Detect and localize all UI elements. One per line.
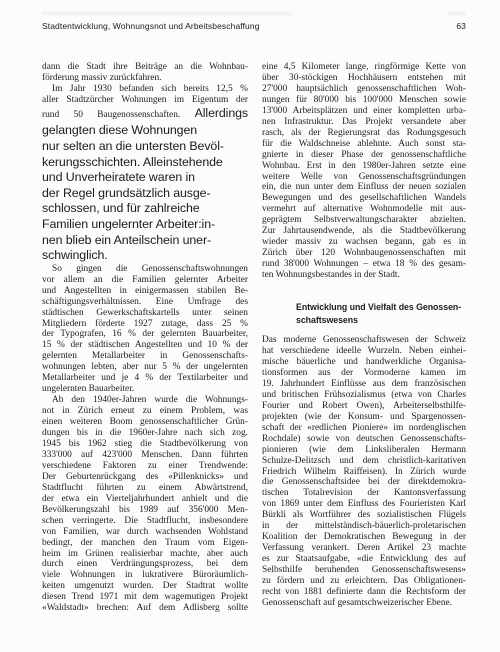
text-line: Metallarbeiter und je 4 % der Textilarbe…	[42, 373, 248, 384]
text-line: ungelernten Bauarbeiter.	[42, 384, 248, 395]
text-line: Schulze-Delitzsch und dem christlich-kar…	[262, 456, 466, 467]
text-line: heim im Grünen realisierbar machte, aber…	[42, 549, 248, 560]
text-line: 1945 bis 1962 stieg die Stadtbevölkerung…	[42, 439, 248, 450]
running-header-title: Stadtentwicklung, Wohnungsnot und Arbeit…	[42, 21, 260, 31]
text-line: tionsformen aus der Vormoderne kamen im	[262, 368, 466, 379]
book-page: Stadtentwicklung, Wohnungsnot und Arbeit…	[0, 0, 500, 652]
text-line: Wohnbau. Erst in den 1980er-Jahren setzt…	[262, 161, 466, 172]
text-line: schaft der «redlichen Pioniere» im norde…	[262, 423, 466, 434]
paragraph-block: Das moderne Genossenschaftswesen der Sch…	[262, 335, 466, 609]
text-line: Bevölkerungszahl bis 1989 auf 356'000 Me…	[42, 505, 248, 516]
text-line: wohnungen lebten, aber nur 5 % der ungel…	[42, 362, 248, 373]
text-line: gnierte in dieser Phase der genossenscha…	[262, 150, 466, 161]
text-line: nen Infrastruktur. Das Projekt versandet…	[262, 117, 466, 128]
text-line: not in Zürich erneut zu einem Problem, w…	[42, 406, 248, 417]
text-line: Zur Jahrtausendwende, als die Stadtbevöl…	[262, 226, 466, 237]
left-column: dann die Stadt ihre Beiträge an die Wohn…	[42, 62, 248, 614]
text-line: die Genossenschaftsidee bei der direktde…	[262, 477, 466, 488]
text-line: von 1869 unter dem Einfluss des Fourieri…	[262, 499, 466, 510]
text-line: recht von 1881 definierte dann die Recht…	[262, 587, 466, 598]
paragraph-block: So gingen die Genossenschaftswohnungenvo…	[42, 264, 248, 615]
text-line: Rochdale) sowie von deutschen Genossensc…	[262, 434, 466, 445]
text-line: Friedrich Wilhelm Raiffeisen). In Zürich…	[262, 467, 466, 478]
text-line: schäftigungsverhältnissen. Eine Umfrage …	[42, 297, 248, 308]
text-line: projekten (wie der Konsum- und Spargenos…	[262, 412, 466, 423]
text-span-quote: Allerdings	[195, 106, 248, 120]
text-line: geprägtem Selbstverwaltungscharakter abz…	[262, 215, 466, 226]
print-bleed-through	[448, 12, 466, 15]
text-line: dann die Stadt ihre Beiträge an die Wohn…	[42, 62, 248, 73]
text-line: nen blieb ein Anteilschein uner-	[42, 233, 248, 249]
text-line: schen verringerte. Die Stadtflucht, insb…	[42, 516, 248, 527]
text-line: nungen für 80'000 bis 100'000 Menschen s…	[262, 95, 466, 106]
text-line: Das moderne Genossenschaftswesen der Sch…	[262, 335, 466, 346]
text-line: keiten umgenutzt wurden. Der Stadtrat wo…	[42, 581, 248, 592]
text-line: Der Geburtenrückgang des «Pillenknicks» …	[42, 472, 248, 483]
right-column: eine 4,5 Kilometer lange, ringförmige Ke…	[262, 62, 466, 614]
text-line: ein, die nun unter dem Einfluss der neue…	[262, 182, 466, 193]
text-span-serif: rund 50 Baugenossenschaften.	[42, 110, 180, 120]
running-header: Stadtentwicklung, Wohnungsnot und Arbeit…	[42, 21, 466, 31]
text-line: der etwa ein Vierteljahrhundert anhielt …	[42, 494, 248, 505]
text-line: verschiedene Faktoren zu einer Trendwend…	[42, 461, 248, 472]
text-line: der Typografen, 16 % der gelernten Bauar…	[42, 329, 248, 340]
text-line: und Unverheiratete waren in	[42, 170, 248, 186]
text-line: nur selten an die untersten Bevöl-	[42, 139, 248, 155]
text-line: für die Waldschneise ablehnte. Auch sons…	[262, 139, 466, 150]
text-line: in der mittelständisch-bäuerlich-proleta…	[262, 521, 466, 532]
text-line: Fourier und Robert Owen), Arbeiterselbst…	[262, 401, 466, 412]
text-line: kerungsschichten. Alleinstehende	[42, 155, 248, 171]
text-line: aller Stadtzürcher Wohnungen im Eigentum…	[42, 95, 248, 106]
text-line: und Angestellten in einigermassen stabil…	[42, 286, 248, 297]
text-line: der Regel grundsätzlich ausge-	[42, 186, 248, 202]
text-line: schwinglich.	[42, 248, 248, 264]
text-line: Familien ungelernter Arbeiter:in-	[42, 217, 248, 233]
text-line: vermehrt auf alternative Wohnmodelle mit…	[262, 204, 466, 215]
text-line: ten Wohnungsbestandes in der Stadt.	[262, 270, 466, 281]
text-line: mische bäuerliche und handwerkliche Orga…	[262, 357, 466, 368]
text-line: So gingen die Genossenschaftswohnungen	[42, 264, 248, 275]
text-line: gelangten diese Wohnungen	[42, 123, 248, 139]
paragraph-block: eine 4,5 Kilometer lange, ringförmige Ke…	[262, 62, 466, 281]
text-line: dungen bis in die 1960er-Jahre nach sich…	[42, 428, 248, 439]
text-line: schlossen, und für zahlreiche	[42, 201, 248, 217]
text-line: rasch, als der Regierungsrat das Rodungs…	[262, 128, 466, 139]
text-line: bedingt, der manchen den Traum vom Eigen…	[42, 538, 248, 549]
page-number: 63	[456, 21, 466, 31]
text-line: gelernten Metallarbeiter in Genossenscha…	[42, 351, 248, 362]
text-line: Im Jahr 1930 befanden sich bereits 12,5 …	[42, 84, 248, 95]
pull-quote: gelangten diese Wohnungennur selten an d…	[42, 123, 248, 263]
text-line: 15 % der städtischen Angestellten und 10…	[42, 340, 248, 351]
text-line: und britischen Frühsozialismus (etwa von…	[262, 390, 466, 401]
print-bleed-through	[42, 12, 292, 15]
text-line: Mitgliedern förderte 1927 zutage, dass 2…	[42, 319, 248, 330]
text-line: Zürich über 120 Wohnbaugenossenschaften …	[262, 248, 466, 259]
text-line: Entwicklung und Vielfalt des Genossen-	[296, 301, 466, 314]
text-line: Genossenschaft auf gesamtschweizerischer…	[262, 598, 466, 609]
text-line: «Waldstadt» brechen: Auf dem Adlisberg s…	[42, 603, 248, 614]
text-line: 13'000 Arbeitsplätzen und einer komplett…	[262, 106, 466, 117]
section-heading: Entwicklung und Vielfalt des Genossen-sc…	[262, 301, 466, 326]
text-line: 19. Jahrhundert Einflüsse aus dem franzö…	[262, 379, 466, 390]
text-line: wieder massiv zu wachsen begann, gab es …	[262, 237, 466, 248]
text-line: Verfassung verankert. Deren Artikel 23 m…	[262, 543, 466, 554]
text-line: tischen Totalrevision der Kantonsverfass…	[262, 488, 466, 499]
text-line: einen weiteren Boom genossenschaftlicher…	[42, 417, 248, 428]
text-line: zu fördern und zu erleichtern. Das Oblig…	[262, 576, 466, 587]
text-line: städtischen Gewerkschaftskartells unter …	[42, 308, 248, 319]
text-line: hat verschiedene ideelle Wurzeln. Neben …	[262, 346, 466, 357]
text-line: förderung massiv zurückfahren.	[42, 73, 248, 84]
text-line: Selbsthilfe beruhenden Genossenschaftswe…	[262, 565, 466, 576]
text-line: Koalition der Demokratischen Bewegung in…	[262, 532, 466, 543]
text-line: Bürkli als Wortführer des sozialistische…	[262, 510, 466, 521]
text-line: Ab den 1940er-Jahren wurde die Wohnungs-	[42, 395, 248, 406]
text-columns: dann die Stadt ihre Beiträge an die Wohn…	[42, 62, 466, 614]
text-line: schaftswesens	[296, 314, 466, 327]
text-line: pionieren (wie dem Linksliberalen Herman…	[262, 445, 466, 456]
text-line: vor allem an die Familien gelernter Arbe…	[42, 275, 248, 286]
mixed-text-line: rund 50 Baugenossenschaften. Allerdings	[42, 106, 248, 124]
text-line: diesen Trend 1971 mit dem wagemutigen Pr…	[42, 592, 248, 603]
text-line: Bewegungen und des gesellschaftlichen Wa…	[262, 193, 466, 204]
text-line: 333'000 auf 423'000 Menschen. Dann führt…	[42, 450, 248, 461]
paragraph-block: dann die Stadt ihre Beiträge an die Wohn…	[42, 62, 248, 123]
text-line: Stadtflucht führten zu einem Abwärtstren…	[42, 483, 248, 494]
text-line: rund 38'000 Wohnungen – etwa 18 % des ge…	[262, 259, 466, 270]
text-line: über 30-stöckigen Hochhäusern entstehen …	[262, 73, 466, 84]
text-line: eine 4,5 Kilometer lange, ringförmige Ke…	[262, 62, 466, 73]
text-line: von Familien, war durch wachsenden Wohls…	[42, 527, 248, 538]
text-line: viele Wohnungen in lukrativere Büroräuml…	[42, 570, 248, 581]
text-line: es zur Staatsaufgabe, «die Entwicklung d…	[262, 554, 466, 565]
text-line: weitere Welle von Genossenschaftsgründun…	[262, 172, 466, 183]
text-line: durch einen Verdrängungsprozess, bei dem	[42, 559, 248, 570]
text-line: 27'000 hauptsächlich genossenschaftliche…	[262, 84, 466, 95]
